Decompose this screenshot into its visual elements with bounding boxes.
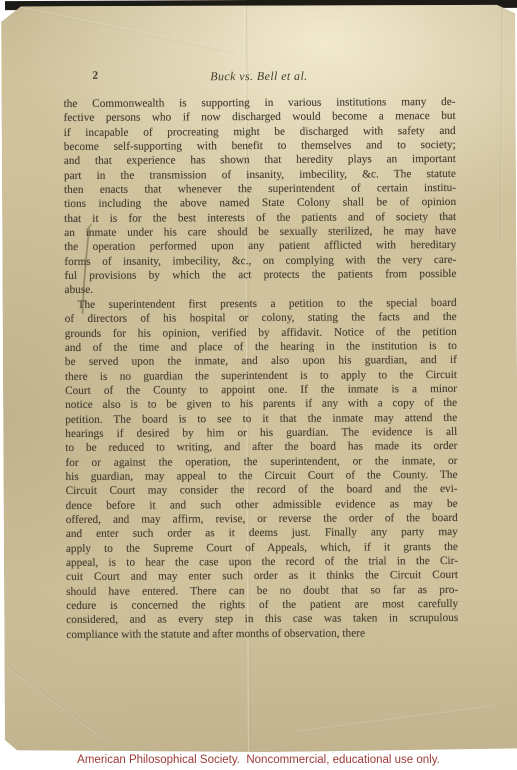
fold-crease-right	[500, 4, 504, 239]
text-line: and enter such order as it deems just. F…	[66, 525, 458, 541]
page-body: the Commonwealth is supporting in variou…	[64, 95, 459, 642]
text-line: notice also is to be given to his parent…	[65, 396, 457, 412]
text-line: Circuit Court may consider the record of…	[66, 482, 458, 498]
text-line: be served upon the inmate, and also upon…	[65, 353, 457, 369]
credit-bar: American Philosophical Society. Noncomme…	[0, 752, 517, 770]
page-header: 2 Buck vs. Bell et al.	[63, 68, 454, 88]
paragraph: the Commonwealth is supporting in variou…	[64, 95, 457, 298]
document-page: 2 Buck vs. Bell et al. the Commonwealth …	[1, 4, 517, 754]
fold-crease-bottom-right	[295, 706, 494, 733]
usage-credit: American Philosophical Society. Noncomme…	[0, 752, 517, 766]
text-line: to be reduced to writing, and after the …	[65, 439, 457, 455]
paragraph: The superintendent first presents a peti…	[65, 296, 459, 642]
text-line: compliance with the statute and after mo…	[66, 626, 458, 642]
fold-crease-top-left	[0, 0, 235, 53]
running-title: Buck vs. Bell et al.	[63, 68, 454, 85]
text-line: cuit Court and may enter such order as i…	[66, 568, 458, 584]
text-line: considered, and as every step in this ca…	[66, 611, 458, 627]
scanned-document-view: 2 Buck vs. Bell et al. the Commonwealth …	[0, 0, 517, 770]
text-line: ful provisions by which the act protects…	[64, 267, 456, 283]
text-line: fective persons who if now discharged wo…	[64, 109, 456, 125]
text-line: of directors of his hospital or colony, …	[65, 310, 457, 326]
fold-crease-bottom-left	[1, 661, 106, 740]
